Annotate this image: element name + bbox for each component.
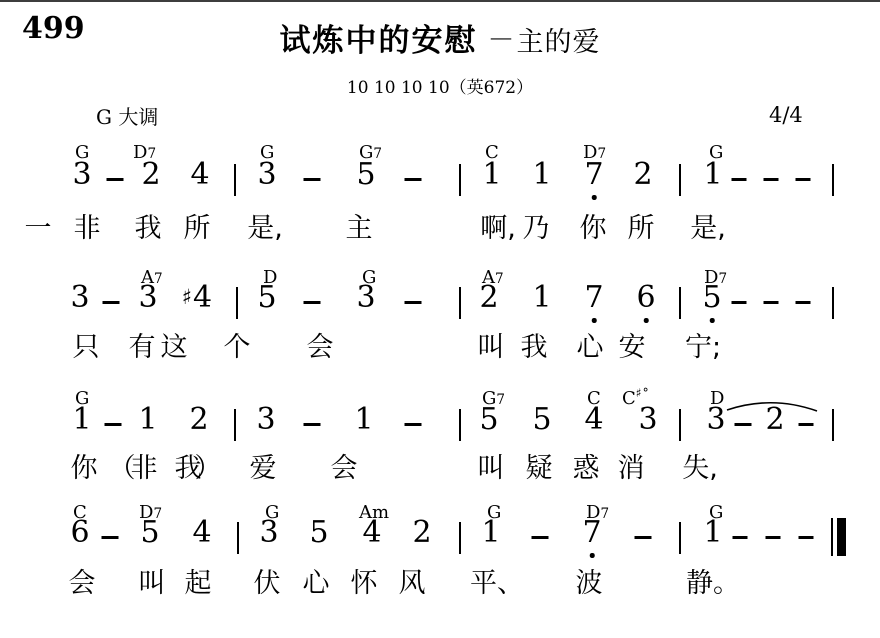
chord-label: Am — [359, 504, 389, 522]
chord-label: G7 — [359, 144, 382, 162]
chord-label: D7 — [586, 504, 609, 522]
hymn-title: 试炼中的安慰－主的爱 — [0, 24, 880, 58]
note-digit: 7 — [584, 160, 603, 190]
lyric-char: 会 — [307, 332, 334, 363]
note-digit: 3 — [638, 405, 657, 435]
note-digit: 5 — [309, 518, 328, 548]
barline — [832, 287, 834, 319]
note-digit: 2 — [189, 405, 208, 435]
duration-dash — [304, 301, 321, 304]
note-digit: 5 — [479, 405, 498, 435]
chord-label: C♯° — [622, 390, 650, 408]
lyric-char: 乃 — [523, 213, 550, 244]
lyric-char: 只 — [73, 332, 100, 363]
lyric-char: 爱 — [250, 453, 277, 484]
lyric-char: 风 — [399, 568, 426, 599]
lyric-char: 是, — [690, 213, 726, 244]
duration-dash — [405, 301, 422, 304]
chord-seventh: 7 — [154, 271, 163, 287]
chord-label: D7 — [583, 144, 606, 162]
low-octave-dot — [590, 553, 595, 558]
note-digit: 3 — [257, 160, 276, 190]
lyric-char: 叫 — [478, 332, 505, 363]
lyric-char: 会 — [69, 568, 96, 599]
final-barline-thin — [831, 518, 833, 556]
lyric-char: 我 — [521, 332, 548, 363]
chord-seventh: 7 — [373, 146, 382, 162]
duration-dash — [107, 178, 124, 181]
note-digit: 5 — [356, 160, 375, 190]
lyric-char: 消 — [618, 453, 645, 484]
chord-label: G — [75, 144, 89, 162]
note-digit: 2 — [633, 160, 652, 190]
lyric-char: 你 — [580, 213, 607, 244]
low-octave-dot — [592, 195, 597, 200]
page-top-edge-line — [0, 0, 880, 2]
note-digit: 1 — [72, 405, 91, 435]
lyric-char: 伏 — [254, 568, 281, 599]
duration-dash — [304, 423, 321, 426]
barline — [679, 164, 681, 196]
chord-label: D — [710, 390, 724, 408]
low-octave-dot — [592, 318, 597, 323]
lyric-char: 叫 — [139, 568, 166, 599]
chord-label: A7 — [482, 269, 504, 287]
note-digit: 1 — [703, 160, 722, 190]
duration-dash — [735, 423, 752, 426]
chord-seventh: 7 — [153, 506, 162, 522]
lyric-char: 你 — [71, 453, 98, 484]
lyric-char: 心 — [303, 568, 330, 599]
duration-dash — [796, 178, 811, 181]
chord-modifier: ♯° — [636, 386, 650, 400]
lyric-char: 平、 — [470, 568, 524, 599]
key-signature: G 大调 — [96, 107, 158, 127]
chord-label: D7 — [704, 269, 727, 287]
duration-dash — [799, 423, 814, 426]
duration-dash — [732, 178, 747, 181]
note-digit: 3 — [706, 405, 725, 435]
chord-label: G — [362, 269, 376, 287]
lyric-char: 啊, — [480, 213, 516, 244]
chord-seventh: 7 — [718, 271, 727, 287]
lyric-char: 我 — [135, 213, 162, 244]
chord-label: D — [263, 269, 277, 287]
barline — [679, 409, 681, 441]
lyric-char: 所 — [628, 213, 655, 244]
chord-label: G7 — [482, 390, 505, 408]
note-digit: 1 — [138, 405, 157, 435]
note-digit: 6 — [636, 283, 655, 313]
note-digit: ♯4 — [182, 283, 212, 313]
note-digit: 5 — [532, 405, 551, 435]
barline — [832, 409, 834, 441]
chord-label: G — [265, 504, 279, 522]
chord-label: G — [260, 144, 274, 162]
note-digit: 4 — [190, 160, 209, 190]
chord-label: G — [709, 504, 723, 522]
low-octave-dot — [644, 318, 649, 323]
duration-dash — [764, 178, 779, 181]
note-digit: 3 — [70, 283, 89, 313]
lyric-char: 宁; — [685, 332, 721, 363]
hymn-meter-reference: 10 10 10 10（英672） — [0, 80, 880, 97]
note-digit: 3 — [256, 405, 275, 435]
barline — [459, 164, 461, 196]
duration-dash — [405, 178, 422, 181]
barline — [234, 409, 236, 441]
lyric-char: 这 — [161, 332, 188, 363]
lyric-char: 非 — [131, 453, 158, 484]
duration-dash — [796, 301, 811, 304]
barline — [459, 287, 461, 319]
barline — [832, 164, 834, 196]
lyric-char: 静。 — [686, 568, 740, 599]
hymn-title-subtitle: 主的爱 — [517, 27, 601, 58]
lyric-char: 有 — [129, 332, 156, 363]
duration-dash — [764, 301, 779, 304]
duration-dash — [304, 178, 321, 181]
duration-dash — [102, 536, 119, 539]
barline — [237, 522, 239, 554]
lyric-char: 安 — [619, 332, 646, 363]
barline — [459, 409, 461, 441]
note-digit: 2 — [412, 518, 431, 548]
note-digit: 1 — [482, 160, 501, 190]
note-digit: 1 — [532, 160, 551, 190]
barline — [236, 287, 238, 319]
lyric-char: 怀 — [351, 568, 378, 599]
chord-label: C — [485, 144, 499, 162]
chord-seventh: 7 — [496, 392, 505, 408]
note-digit: 1 — [354, 405, 373, 435]
chord-label: C — [587, 390, 601, 408]
chord-seventh: 7 — [147, 146, 156, 162]
lyric-char: 失, — [682, 453, 718, 484]
chord-label: G — [709, 144, 723, 162]
lyric-char: ） — [195, 453, 222, 484]
chord-label: D7 — [139, 504, 162, 522]
lyric-char: 所 — [184, 213, 211, 244]
time-signature: 4/4 — [769, 105, 803, 126]
low-octave-dot — [710, 318, 715, 323]
lyric-char: 起 — [185, 568, 212, 599]
note-digit: 2 — [141, 160, 160, 190]
chord-label: A7 — [141, 269, 163, 287]
note-digit: 1 — [532, 283, 551, 313]
lyric-char: 个 — [224, 332, 251, 363]
hymn-title-dash: － — [488, 25, 515, 56]
lyric-char: 是, — [247, 213, 283, 244]
lyric-char: 一 — [25, 213, 52, 244]
note-digit: 4 — [584, 405, 603, 435]
duration-dash — [635, 536, 652, 539]
chord-label: D7 — [133, 144, 156, 162]
chord-label: C — [73, 504, 87, 522]
lyric-char: 心 — [577, 332, 604, 363]
accidental-sharp-icon: ♯ — [182, 285, 192, 309]
chord-seventh: 7 — [600, 506, 609, 522]
note-digit: 2 — [765, 405, 784, 435]
chord-label: G — [487, 504, 501, 522]
note-digit: 3 — [72, 160, 91, 190]
hymn-title-main: 试炼中的安慰 — [280, 23, 478, 59]
lyric-char: 疑 — [526, 453, 553, 484]
duration-dash — [799, 536, 814, 539]
chord-seventh: 7 — [495, 271, 504, 287]
duration-dash — [732, 301, 747, 304]
lyric-char: 会 — [331, 453, 358, 484]
duration-dash — [405, 423, 422, 426]
duration-dash — [532, 536, 549, 539]
barline — [679, 522, 681, 554]
barline — [234, 164, 236, 196]
duration-dash — [733, 536, 748, 539]
duration-dash — [103, 301, 120, 304]
lyric-char: 叫 — [478, 453, 505, 484]
barline — [459, 522, 461, 554]
lyric-char: 非 — [74, 213, 101, 244]
note-digit: 7 — [584, 283, 603, 313]
lyric-char: 主 — [346, 213, 373, 244]
chord-label: G — [75, 390, 89, 408]
hymn-sheet-page: 499 试炼中的安慰－主的爱 10 10 10 10（英672） G 大调 4/… — [0, 0, 880, 638]
barline — [679, 287, 681, 319]
lyric-char: 惑 — [573, 453, 600, 484]
duration-dash — [766, 536, 781, 539]
note-digit: 4 — [192, 518, 211, 548]
duration-dash — [105, 423, 122, 426]
final-barline-thick — [837, 518, 846, 556]
chord-seventh: 7 — [597, 146, 606, 162]
lyric-char: 波 — [576, 568, 603, 599]
